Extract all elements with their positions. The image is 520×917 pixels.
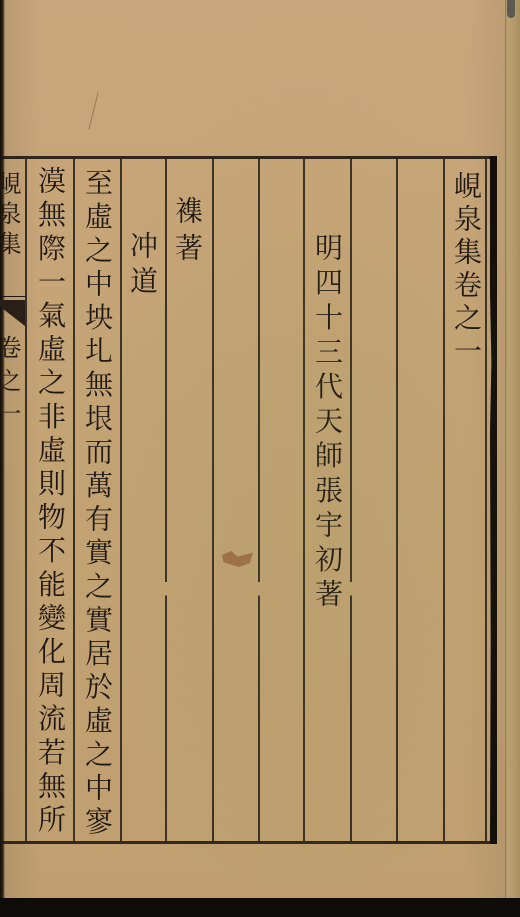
- paper-scratch: [88, 92, 98, 129]
- gutter-shadow: [0, 0, 5, 900]
- body-text-column: 漠無際一氣虛之非虛則物不能變化周流若無所: [36, 166, 64, 838]
- frame-bottom-border: [0, 841, 497, 844]
- column-rule: [303, 159, 305, 841]
- column-rule: [120, 159, 122, 841]
- page-paper: 峴泉集 卷之一 峴泉集卷之一 明四十三代天師張宇初著 襍著 冲道 至虛之中坱圠無…: [0, 0, 507, 900]
- column-rule: [73, 159, 75, 841]
- frame-right-border: [490, 156, 497, 844]
- column-rule: [165, 159, 167, 841]
- column-rule: [350, 159, 352, 841]
- body-text-column: 至虛之中坱圠無垠而萬有實之實居於虛之中寥: [83, 168, 111, 840]
- column-rule: [212, 159, 214, 841]
- column-rule: [258, 159, 260, 841]
- frame-top-border: [0, 156, 497, 159]
- adjacent-page-edge: [505, 0, 520, 900]
- column-rule: [25, 159, 27, 841]
- section-heading: 襍著: [173, 196, 201, 270]
- book-page-scan: 峴泉集 卷之一 峴泉集卷之一 明四十三代天師張宇初著 襍著 冲道 至虛之中坱圠無…: [0, 0, 520, 917]
- page-edge-nick: [507, 0, 515, 18]
- scan-backdrop: [0, 898, 520, 917]
- fishtail-top-line: [0, 296, 25, 297]
- column-rule: [485, 159, 487, 841]
- paper-stain: [222, 551, 253, 567]
- column-rule: [396, 159, 398, 841]
- column-rule: [443, 159, 445, 841]
- volume-title: 峴泉集卷之一: [452, 171, 480, 369]
- author-line: 明四十三代天師張宇初著: [313, 233, 341, 614]
- center-margin-book-title: 峴泉集: [0, 171, 19, 261]
- essay-title: 冲道: [128, 231, 156, 301]
- center-margin-volume: 卷之一: [0, 335, 19, 434]
